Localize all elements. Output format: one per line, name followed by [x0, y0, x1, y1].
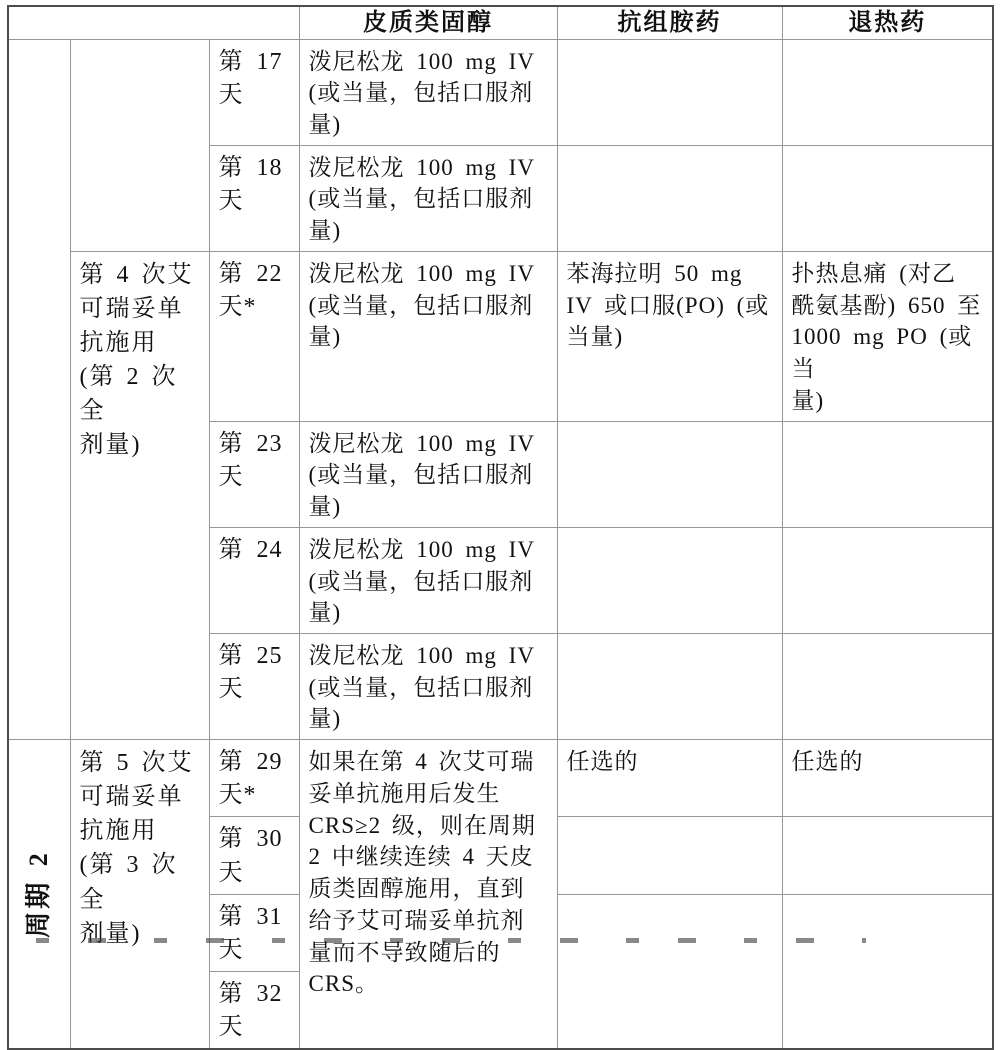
cycle-cell-blank: [8, 39, 70, 740]
antihistamine-cell: 任选的: [557, 740, 782, 817]
day-cell: 第 24: [209, 527, 299, 633]
antipyretic-cell: [782, 633, 993, 739]
day-cell: 第 32 天: [209, 971, 299, 1049]
day-cell: 第 31 天: [209, 894, 299, 971]
corticosteroid-cell: 泼尼松龙 100 mg IV (或当量，包括口服剂 量): [299, 633, 557, 739]
antihistamine-cell: [557, 633, 782, 739]
day-cell: 第 30 天: [209, 817, 299, 894]
table-row-day-29: 周期 2 第 5 次艾 可瑞妥单 抗施用 (第 3 次全 剂量) 第 29 天*…: [8, 740, 993, 817]
antihistamine-cell: 苯海拉明 50 mg IV 或口服(PO) (或 当量): [557, 251, 782, 421]
antipyretic-cell: [782, 817, 993, 894]
treatment-label-cell-blank: [70, 39, 209, 251]
day-cell: 第 23 天: [209, 421, 299, 527]
corticosteroid-cell: 泼尼松龙 100 mg IV (或当量，包括口服剂 量): [299, 421, 557, 527]
corticosteroid-cell: 泼尼松龙 100 mg IV (或当量，包括口服剂 量): [299, 527, 557, 633]
table-row-day-17: 第 17 天 泼尼松龙 100 mg IV (或当量，包括口服剂 量): [8, 39, 993, 145]
antihistamine-cell: [557, 39, 782, 145]
column-header-corticosteroid: 皮质类固醇: [299, 6, 557, 39]
antipyretic-cell: [782, 145, 993, 251]
treatment-label-cell-5th-administration: 第 5 次艾 可瑞妥单 抗施用 (第 3 次全 剂量): [70, 740, 209, 1049]
day-cell: 第 18 天: [209, 145, 299, 251]
corticosteroid-cell: 泼尼松龙 100 mg IV (或当量，包括口服剂 量): [299, 145, 557, 251]
patent-table-page: 皮质类固醇 抗组胺药 退热药 第 17 天 泼尼松龙 100 mg IV (或当…: [0, 0, 1000, 944]
antihistamine-cell: [557, 817, 782, 894]
treatment-label-cell-4th-administration: 第 4 次艾 可瑞妥单 抗施用 (第 2 次全 剂量): [70, 251, 209, 739]
column-header-antihistamine: 抗组胺药: [557, 6, 782, 39]
cycle-2-label: 周期 2: [21, 850, 57, 938]
day-cell: 第 25 天: [209, 633, 299, 739]
header-blank-cell: [8, 6, 299, 39]
antipyretic-cell: 扑热息痛 (对乙 酰氨基酚) 650 至 1000 mg PO (或当 量): [782, 251, 993, 421]
antipyretic-cell: [782, 421, 993, 527]
antipyretic-cell: 任选的: [782, 740, 993, 817]
column-header-antipyretic: 退热药: [782, 6, 993, 39]
cycle-2-cell: 周期 2: [8, 740, 70, 1049]
antipyretic-cell: [782, 527, 993, 633]
header-row: 皮质类固醇 抗组胺药 退热药: [8, 6, 993, 39]
cutoff-footnote-fragment: [36, 938, 866, 943]
antihistamine-cell: [557, 421, 782, 527]
antipyretic-cell: [782, 39, 993, 145]
corticosteroid-note-cell: 如果在第 4 次艾可瑞 妥单抗施用后发生 CRS≥2 级，则在周期 2 中继续连…: [299, 740, 557, 1049]
corticosteroid-cell: 泼尼松龙 100 mg IV (或当量，包括口服剂 量): [299, 251, 557, 421]
day-cell: 第 17 天: [209, 39, 299, 145]
day-cell: 第 22 天*: [209, 251, 299, 421]
corticosteroid-cell: 泼尼松龙 100 mg IV (或当量，包括口服剂 量): [299, 39, 557, 145]
antihistamine-cell: [557, 145, 782, 251]
antipyretic-cell: [782, 894, 993, 1049]
antihistamine-cell: [557, 894, 782, 1049]
dosing-schedule-table: 皮质类固醇 抗组胺药 退热药 第 17 天 泼尼松龙 100 mg IV (或当…: [7, 5, 994, 1050]
antihistamine-cell: [557, 527, 782, 633]
day-cell: 第 29 天*: [209, 740, 299, 817]
table-row-day-22: 第 4 次艾 可瑞妥单 抗施用 (第 2 次全 剂量) 第 22 天* 泼尼松龙…: [8, 251, 993, 421]
